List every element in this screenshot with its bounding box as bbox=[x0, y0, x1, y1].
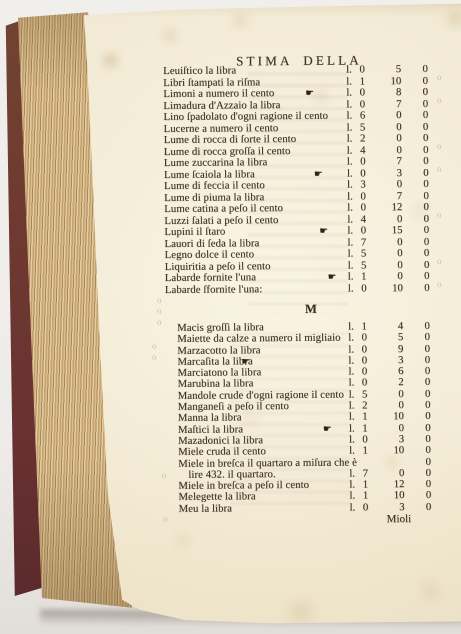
price-denari: 0 bbox=[417, 179, 435, 190]
item-name: Labarde ſfornite l'una: bbox=[165, 284, 262, 296]
bleedthrough-mark: o bbox=[162, 470, 167, 480]
price-lire: 7 bbox=[354, 237, 372, 248]
price-lire: 0 bbox=[355, 344, 373, 355]
price-soldi: 0 bbox=[375, 271, 403, 282]
price-lire: 1 bbox=[356, 491, 374, 502]
price-lire: 5 bbox=[355, 248, 373, 259]
price-lire: 0 bbox=[357, 502, 375, 513]
price-soldi: 12 bbox=[374, 202, 402, 213]
price-lire: 0 bbox=[355, 333, 373, 344]
price-denari: 0 bbox=[420, 502, 438, 513]
bleedthrough-mark: o bbox=[157, 317, 162, 327]
price-denari: 0 bbox=[419, 445, 437, 456]
price-denari: 0 bbox=[416, 64, 434, 75]
price-lire: 0 bbox=[356, 378, 374, 389]
price-denari: 0 bbox=[416, 98, 434, 109]
price-soldi: 0 bbox=[375, 248, 403, 259]
price-lire: 0 bbox=[354, 156, 372, 167]
item-name: Lupini il ſtaro bbox=[164, 227, 225, 238]
price-denari: 0 bbox=[417, 202, 435, 213]
price-lire: 5 bbox=[354, 122, 372, 133]
bleedthrough-mark: o bbox=[152, 352, 157, 362]
bleedthrough-mark: o bbox=[152, 341, 157, 351]
price-soldi: 15 bbox=[374, 225, 402, 236]
price-denari: 0 bbox=[417, 225, 435, 236]
price-soldi: 10 bbox=[376, 491, 404, 502]
price-lire: 2 bbox=[354, 133, 372, 144]
price-lire: 4 bbox=[354, 145, 372, 156]
price-lire: 0 bbox=[354, 191, 372, 202]
price-denari: 0 bbox=[417, 167, 435, 178]
price-lire: 1 bbox=[355, 271, 373, 282]
price-lire: 1 bbox=[356, 412, 374, 423]
rows-l: Leuiſtico la libral.050Libri ſtampati la… bbox=[163, 64, 457, 296]
price-denari: 0 bbox=[419, 456, 437, 467]
price-denari: 0 bbox=[418, 282, 436, 293]
price-lire: 0 bbox=[354, 202, 372, 213]
text-block: STIMA DELLA Leuiſtico la libral.050Libri… bbox=[163, 52, 459, 534]
bleedthrough-mark: o bbox=[437, 72, 442, 82]
price-denari: 0 bbox=[419, 411, 437, 422]
item-name: Lume di feccia il cento bbox=[164, 180, 265, 192]
price-denari: 0 bbox=[416, 87, 434, 98]
price-lire: 5 bbox=[355, 260, 373, 271]
bleedthrough-mark: o bbox=[437, 141, 442, 151]
item-name: Legno dolce il cento bbox=[165, 249, 255, 261]
price-denari: 0 bbox=[417, 190, 435, 201]
price-denari: 0 bbox=[418, 248, 436, 259]
price-lire: 3 bbox=[354, 179, 372, 190]
bleedthrough-mark: o bbox=[437, 279, 442, 289]
price-lire: 0 bbox=[353, 87, 371, 98]
price-denari: 0 bbox=[417, 133, 435, 144]
price-soldi: 10 bbox=[376, 411, 404, 422]
price-denari: 0 bbox=[419, 490, 437, 501]
item-name: Lume zuccarina la libra bbox=[164, 157, 268, 169]
price-denari: 0 bbox=[419, 377, 437, 388]
manicule-icon: ☛ bbox=[314, 168, 323, 179]
book-photo: STIMA DELLA Leuiſtico la libral.050Libri… bbox=[0, 0, 461, 634]
price-lire: 1 bbox=[356, 446, 374, 457]
manicule-icon: ☛ bbox=[305, 88, 314, 99]
bleedthrough-mark: o bbox=[163, 514, 168, 524]
manicule-icon: ☛ bbox=[319, 226, 328, 237]
price-lire: 0 bbox=[353, 64, 371, 75]
price-denari: 0 bbox=[418, 259, 436, 270]
catchword: Mioli bbox=[387, 513, 412, 525]
bleedthrough-mark: o bbox=[437, 95, 442, 105]
bleedthrough-mark: o bbox=[437, 210, 442, 220]
list-row: Labarde ſfornite l'una:l.0100 bbox=[165, 282, 457, 296]
price-denari: 0 bbox=[418, 271, 436, 282]
price-lire: 0 bbox=[355, 283, 373, 294]
bleedthrough-mark: o bbox=[437, 256, 442, 266]
price-lire: 4 bbox=[354, 214, 372, 225]
price-soldi: 5 bbox=[373, 64, 401, 75]
section-header-m: M bbox=[305, 302, 317, 317]
price-denari: 0 bbox=[417, 156, 435, 167]
price-denari: 0 bbox=[416, 110, 434, 121]
price-lire: 6 bbox=[353, 110, 371, 121]
item-name: Lino ſpadolato d'ogni ragione il cento bbox=[163, 111, 328, 123]
price-denari: 0 bbox=[417, 144, 435, 155]
price-denari: 0 bbox=[417, 236, 435, 247]
bleedthrough-mark: o bbox=[437, 164, 442, 174]
manicule-icon: ☛ bbox=[328, 272, 337, 283]
price-soldi: 5 bbox=[375, 332, 403, 343]
price-denari: 0 bbox=[417, 121, 435, 132]
item-name: Limoni a numero il cento bbox=[163, 88, 274, 100]
price-soldi: 0 bbox=[373, 110, 401, 121]
price-lire: 0 bbox=[354, 225, 372, 236]
list-row: Meu la libral.030 bbox=[167, 501, 459, 515]
item-name: Meu la libra bbox=[179, 503, 233, 514]
price-lire: 0 bbox=[354, 168, 372, 179]
price-denari: 0 bbox=[418, 343, 436, 354]
rows-m: Macis groſſi la libral.140Maiette da cal… bbox=[165, 321, 458, 515]
price-denari: 0 bbox=[417, 213, 435, 224]
item-name: Leuiſtico la libra bbox=[163, 65, 236, 77]
price-soldi: 2 bbox=[376, 378, 404, 389]
price-soldi: 10 bbox=[376, 445, 404, 456]
price-soldi: 10 bbox=[375, 283, 403, 294]
price-denari: 0 bbox=[416, 75, 434, 86]
price-lire: 0 bbox=[353, 99, 371, 110]
price-soldi: 7 bbox=[374, 156, 402, 167]
price-lire: 1 bbox=[353, 76, 371, 87]
price-soldi: 0 bbox=[374, 179, 402, 190]
price-denari: 0 bbox=[418, 332, 436, 343]
price-soldi: 8 bbox=[373, 87, 401, 98]
foxing-stains bbox=[0, 0, 1, 1]
item-name: Labarde fornite l'una bbox=[165, 272, 256, 284]
manicule-icon: ☛ bbox=[323, 423, 332, 434]
price-soldi: 3 bbox=[377, 502, 405, 513]
bleedthrough-mark: o bbox=[157, 306, 162, 316]
price-soldi: 0 bbox=[374, 133, 402, 144]
bleedthrough-mark: o bbox=[157, 295, 162, 305]
